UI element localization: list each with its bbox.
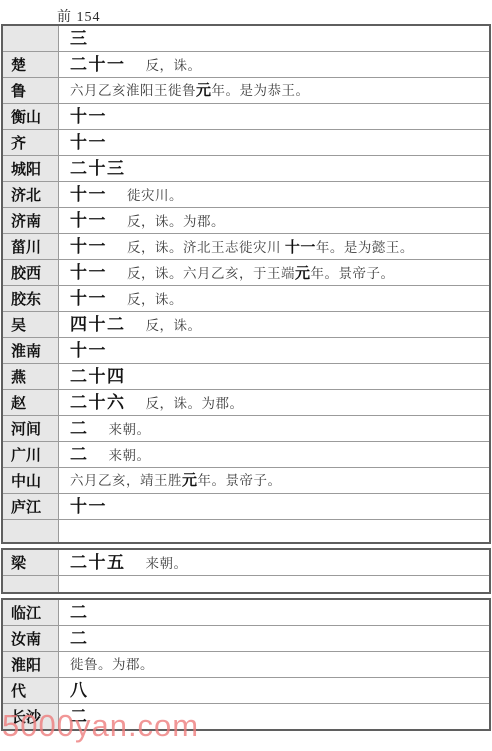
year-count: 二 [70,600,89,625]
year-count: 二十五 [70,550,126,575]
row-content: 二十五来朝。 [59,550,489,575]
note-text: 徙鲁。为郡。 [70,657,154,672]
table-row [3,576,489,592]
row-note: 六月乙亥，靖王胜元年。景帝子。 [70,468,282,493]
note-text: 来朝。 [109,422,151,437]
table-row: 楚二十一反，诛。 [3,52,489,78]
note-emphasis: 元 [182,472,198,489]
year-count: 二十三 [70,156,126,181]
table-row [3,520,489,542]
row-label: 庐江 [3,494,59,519]
row-note: 来朝。 [109,417,151,441]
year-count: 三 [70,26,89,51]
row-label: 胶东 [3,286,59,311]
row-content: 十一徙灾川。 [59,182,489,207]
note-text: 年。是为恭王。 [212,83,310,98]
kings-table-section: 三楚二十一反，诛。鲁六月乙亥淮阳王徙鲁元年。是为恭王。衡山十一齐十一城阳二十三济… [1,24,491,544]
row-content: 十一反，诛。六月乙亥，于王端元年。景帝子。 [59,260,489,285]
table-row: 济北十一徙灾川。 [3,182,489,208]
note-text: 年。景帝子。 [198,473,282,488]
note-text: 徙灾川。 [127,188,183,203]
row-content: 六月乙亥，靖王胜元年。景帝子。 [59,468,489,493]
row-content: 十一反，诛。 [59,286,489,311]
note-text: 反，诛。为郡。 [127,214,225,229]
row-content: 二十四 [59,364,489,389]
kings-table-section: 梁二十五来朝。 [1,548,491,594]
note-text: 反，诛。济北王志徙灾川 [127,240,285,255]
row-label: 济南 [3,208,59,233]
note-text: 反，诛。 [146,318,202,333]
year-count: 十一 [70,260,107,285]
row-label: 淮南 [3,338,59,363]
row-label: 菑川 [3,234,59,259]
row-label [3,576,59,592]
row-content: 十一 [59,104,489,129]
table-row: 汝南二 [3,626,489,652]
table-row: 中山六月乙亥，靖王胜元年。景帝子。 [3,468,489,494]
note-text: 六月乙亥，靖王胜 [70,473,182,488]
row-content: 十一 [59,338,489,363]
row-content: 四十二反，诛。 [59,312,489,337]
note-text: 来朝。 [146,556,188,571]
table-row: 淮阳徙鲁。为郡。 [3,652,489,678]
row-label: 鲁 [3,78,59,103]
row-content: 徙鲁。为郡。 [59,652,489,677]
row-content: 二来朝。 [59,416,489,441]
row-label: 汝南 [3,626,59,651]
year-count: 十一 [70,286,107,311]
note-text: 来朝。 [109,448,151,463]
table-row: 三 [3,26,489,52]
table-row: 代八 [3,678,489,704]
year-count: 二 [70,626,89,651]
year-count: 二十六 [70,390,126,415]
row-content: 十一反，诛。为郡。 [59,208,489,233]
row-note: 反，诛。 [146,53,202,77]
row-label: 淮阳 [3,652,59,677]
row-content: 二 [59,600,489,625]
row-content: 十一 [59,494,489,519]
table-row: 城阳二十三 [3,156,489,182]
row-content: 十一反，诛。济北王志徙灾川 十一年。是为懿王。 [59,234,489,259]
row-content: 二十六反，诛。为郡。 [59,390,489,415]
note-text: 反，诛。 [146,58,202,73]
table-row: 吴四十二反，诛。 [3,312,489,338]
table-row: 赵二十六反，诛。为郡。 [3,390,489,416]
table-row: 鲁六月乙亥淮阳王徙鲁元年。是为恭王。 [3,78,489,104]
row-note: 反，诛。为郡。 [127,209,225,233]
row-label: 济北 [3,182,59,207]
kings-table: 三楚二十一反，诛。鲁六月乙亥淮阳王徙鲁元年。是为恭王。衡山十一齐十一城阳二十三济… [1,24,491,731]
table-row: 淮南十一 [3,338,489,364]
row-label: 广川 [3,442,59,467]
year-count: 二十四 [70,364,126,389]
note-text: 年。是为懿王。 [316,240,414,255]
year-count: 十一 [70,104,107,129]
row-note: 反，诛。 [127,287,183,311]
row-content [59,576,489,592]
table-row: 齐十一 [3,130,489,156]
note-emphasis: 元 [295,265,311,282]
row-label: 长沙 [3,704,59,729]
row-note: 六月乙亥淮阳王徙鲁元年。是为恭王。 [70,78,310,103]
row-content: 二 [59,626,489,651]
row-note: 来朝。 [146,551,188,575]
row-content: 二十一反，诛。 [59,52,489,77]
table-row: 菑川十一反，诛。济北王志徙灾川 十一年。是为懿王。 [3,234,489,260]
page-header: 前 154 [0,0,492,24]
year-count: 十一 [70,182,107,207]
year-count: 四十二 [70,312,126,337]
note-emphasis: 元 [196,82,212,99]
row-note: 来朝。 [109,443,151,467]
year-count: 二 [70,704,89,729]
note-text: 反，诛。为郡。 [146,396,244,411]
year-count: 二 [70,416,89,441]
row-label: 梁 [3,550,59,575]
row-content [59,520,489,542]
table-row: 衡山十一 [3,104,489,130]
note-text: 六月乙亥淮阳王徙鲁 [70,83,196,98]
note-text: 反，诛。 [127,292,183,307]
note-text: 反，诛。六月乙亥，于王端 [127,266,295,281]
year-count: 二 [70,442,89,467]
year-count: 八 [70,678,89,703]
row-note: 反，诛。济北王志徙灾川 十一年。是为懿王。 [127,235,414,259]
row-label: 代 [3,678,59,703]
row-label: 燕 [3,364,59,389]
row-note: 反，诛。 [146,313,202,337]
row-note: 徙鲁。为郡。 [70,652,154,677]
row-label: 中山 [3,468,59,493]
table-row: 庐江十一 [3,494,489,520]
row-label: 吴 [3,312,59,337]
year-count: 十一 [70,494,107,519]
row-content: 二十三 [59,156,489,181]
table-row: 燕二十四 [3,364,489,390]
row-content: 三 [59,26,489,51]
kings-table-section: 临江二汝南二淮阳徙鲁。为郡。代八长沙二 [1,598,491,731]
table-row: 河间二来朝。 [3,416,489,442]
row-label [3,520,59,542]
table-row: 广川二来朝。 [3,442,489,468]
table-row: 济南十一反，诛。为郡。 [3,208,489,234]
table-row: 胶西十一反，诛。六月乙亥，于王端元年。景帝子。 [3,260,489,286]
year-count: 十一 [70,234,107,259]
row-content: 二 [59,704,489,729]
row-label: 临江 [3,600,59,625]
row-label: 城阳 [3,156,59,181]
year-count: 十一 [70,338,107,363]
year-count: 二十一 [70,52,126,77]
table-row: 梁二十五来朝。 [3,550,489,576]
row-note: 反，诛。为郡。 [146,391,244,415]
year-count: 十一 [70,208,107,233]
row-label: 河间 [3,416,59,441]
note-emphasis: 十一 [285,239,316,256]
row-content: 二来朝。 [59,442,489,467]
row-content: 十一 [59,130,489,155]
row-label: 楚 [3,52,59,77]
row-label [3,26,59,51]
row-label: 胶西 [3,260,59,285]
row-note: 反，诛。六月乙亥，于王端元年。景帝子。 [127,261,395,285]
row-label: 衡山 [3,104,59,129]
year-count: 十一 [70,130,107,155]
row-note: 徙灾川。 [127,183,183,207]
row-content: 八 [59,678,489,703]
row-label: 齐 [3,130,59,155]
table-row: 长沙二 [3,704,489,729]
note-text: 年。景帝子。 [311,266,395,281]
row-content: 六月乙亥淮阳王徙鲁元年。是为恭王。 [59,78,489,103]
table-row: 胶东十一反，诛。 [3,286,489,312]
table-row: 临江二 [3,600,489,626]
row-label: 赵 [3,390,59,415]
